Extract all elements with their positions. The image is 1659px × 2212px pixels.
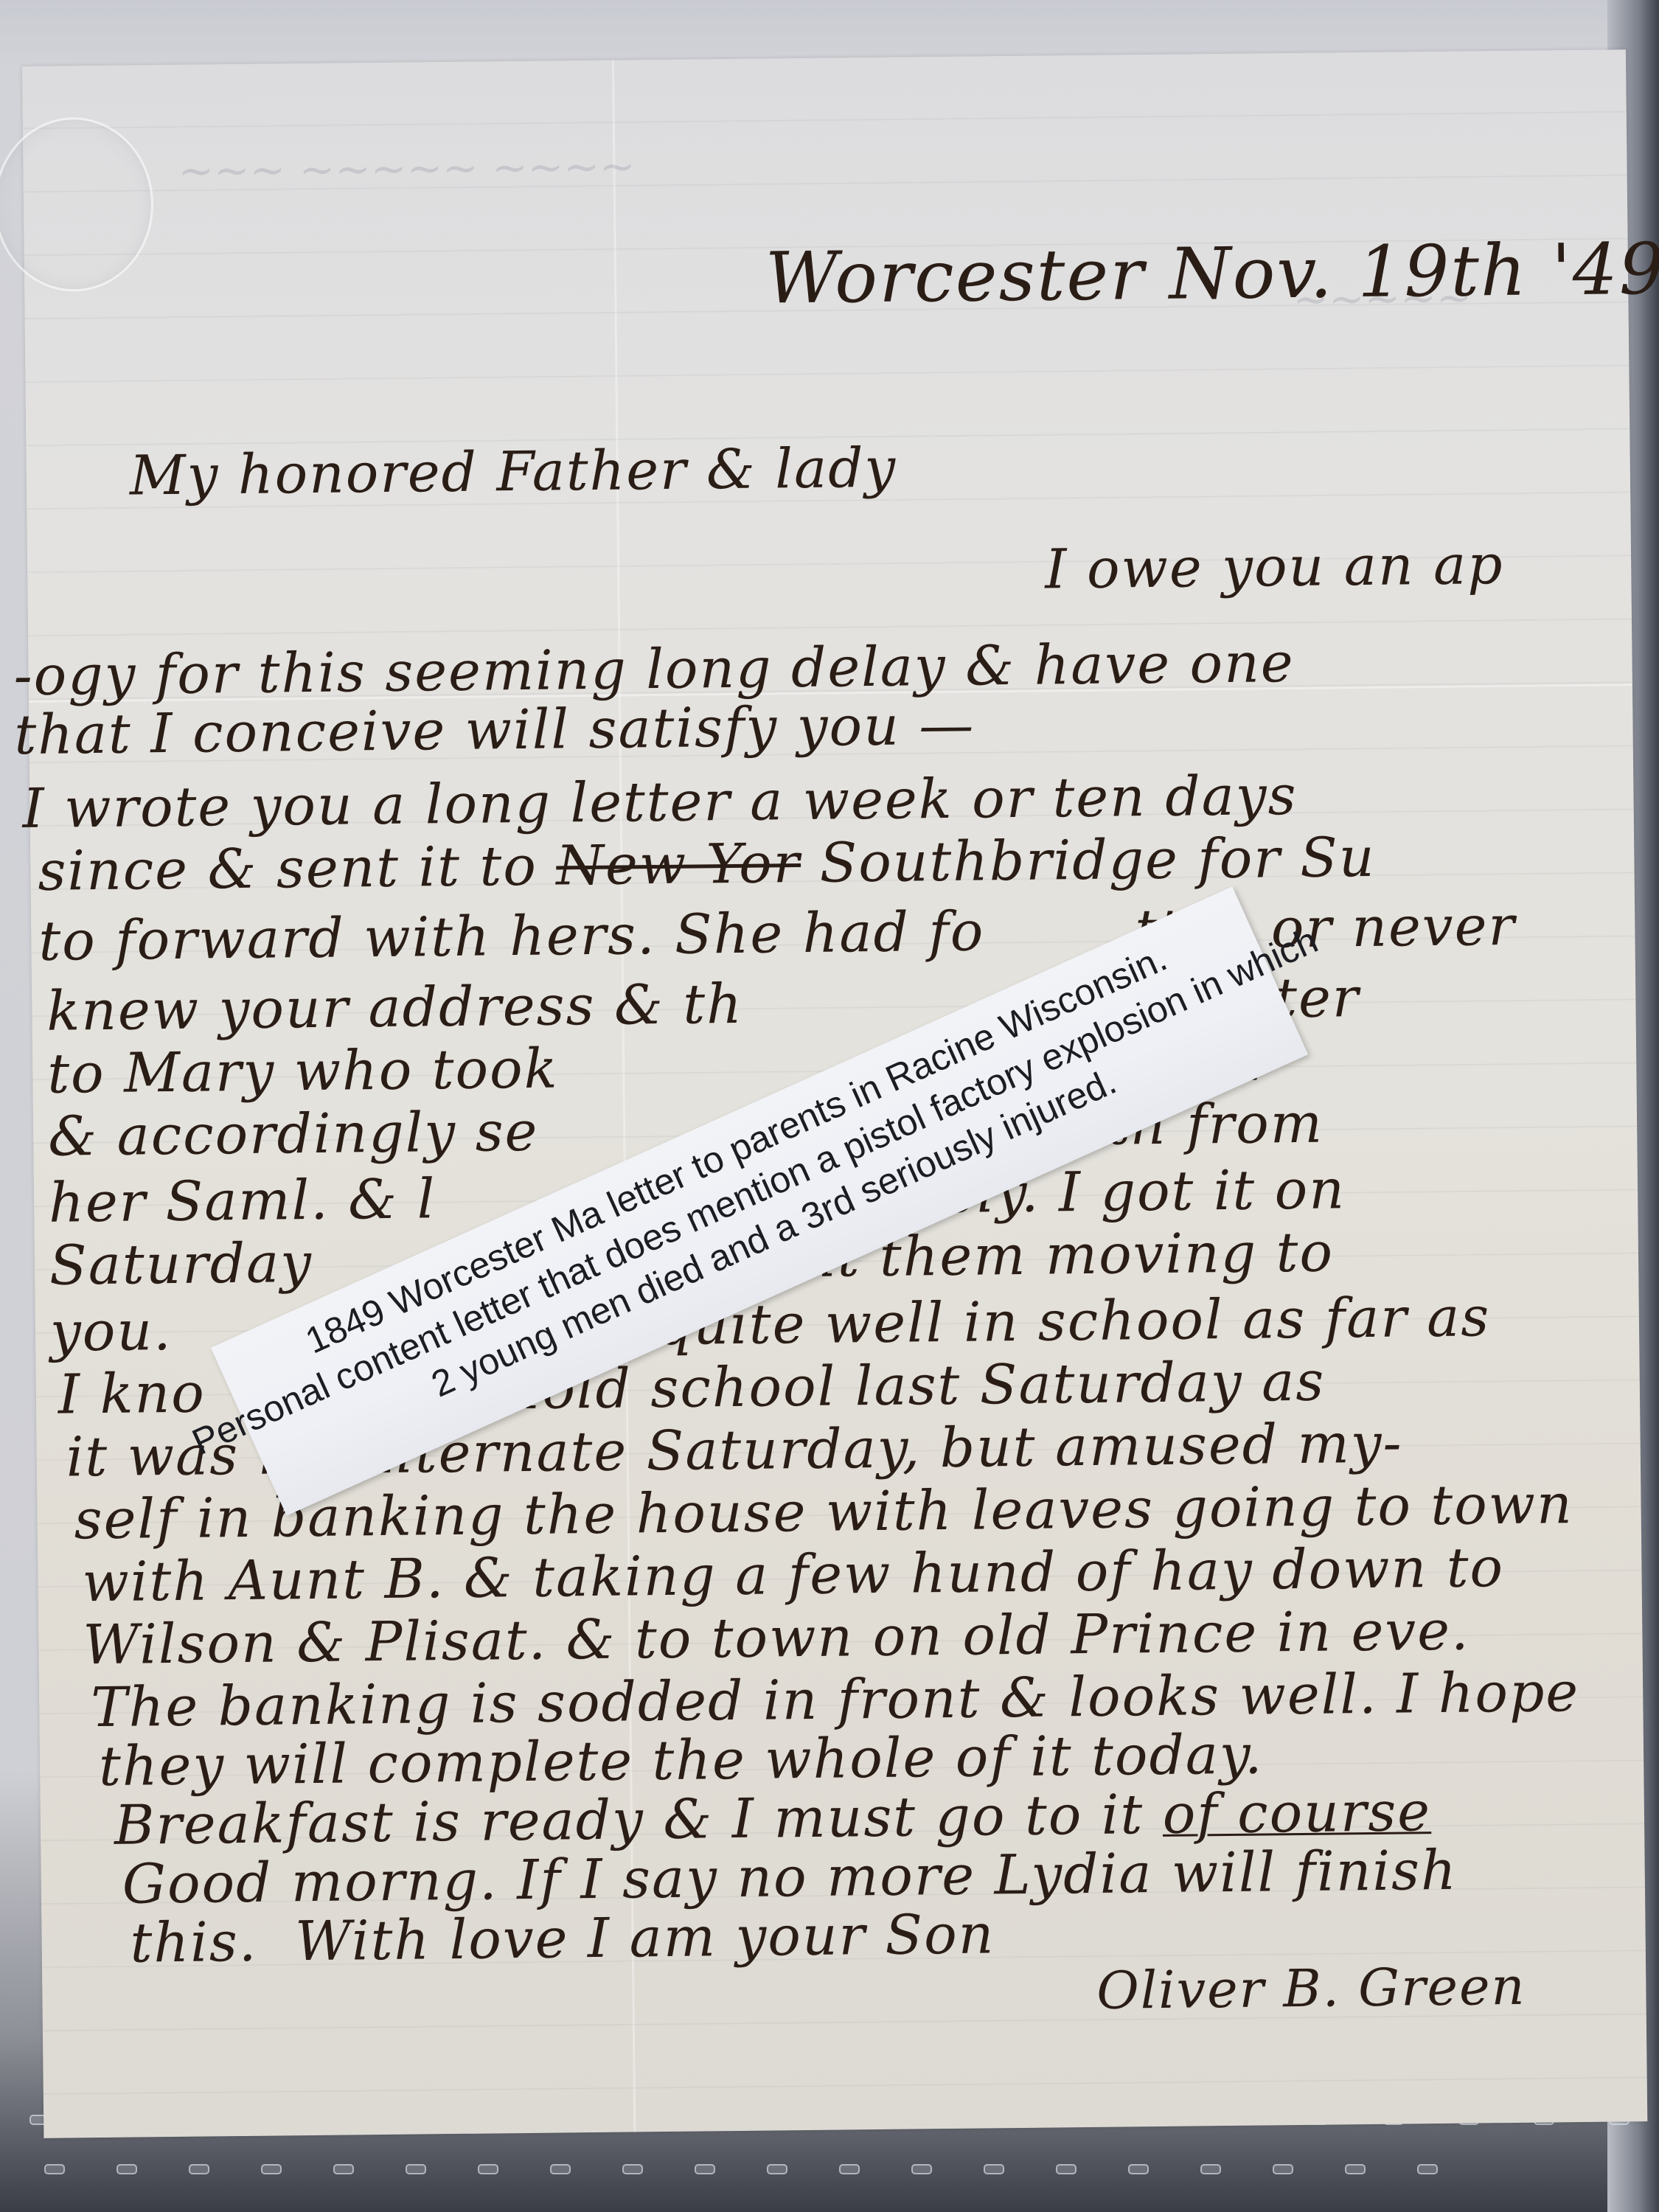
embossed-seal-icon: [0, 116, 154, 292]
letter-line: I owe you an ap: [1045, 538, 1504, 597]
letter-line: since & sent it to New Yor Southbridge f…: [38, 830, 1376, 899]
letter-line: this. With love I am your Son: [130, 1907, 995, 1970]
letter-signature: Oliver B. Green: [1096, 1961, 1526, 2017]
letter-line: Wilson & Plisat. & to town on old Prince…: [83, 1604, 1470, 1673]
underlined-text: of course: [1162, 1780, 1431, 1846]
letter-salutation: My honored Father & lady: [129, 441, 897, 504]
letter-dateline: Worcester Nov. 19th '49: [765, 234, 1659, 314]
bleed-through-text: ~~~ ~~~~~ ~~~~: [178, 141, 636, 195]
letter-line: I wrote you a long letter a week or ten …: [22, 768, 1298, 836]
letter-line: Good morng. If I say no more Lydia will …: [122, 1843, 1458, 1912]
letter-line: with Aunt B. & taking a few hund of hay …: [82, 1540, 1504, 1610]
letter-line: The banking is sodded in front & looks w…: [91, 1665, 1580, 1735]
letter-line: that I conceive will satisfy you —: [14, 698, 975, 763]
sleeve-binder-holes-lower: [44, 2164, 1438, 2174]
letter-line-text: Southbridge for Su: [801, 826, 1376, 895]
letter-line-text: since & sent it to: [38, 834, 557, 902]
struck-text: New Yor: [556, 832, 801, 897]
letter-line: -ogy for this seeming long delay & have …: [13, 636, 1295, 703]
